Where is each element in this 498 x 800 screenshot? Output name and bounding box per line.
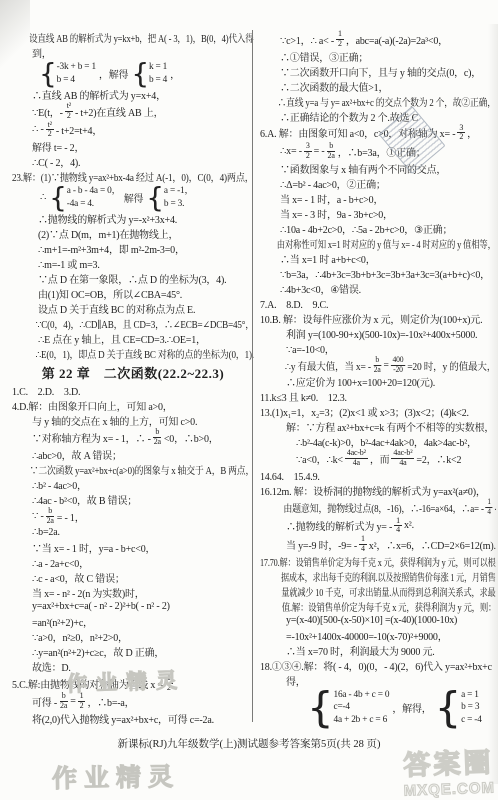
left-column: 设直线 AB 的解析式为 y=kx+b，把 A( - 3，1)，B(0，4)代入… — [12, 30, 254, 726]
text-line: =an²(n²+2)+c， — [12, 614, 254, 629]
text-line: 当 x= - 1 时，a - b+c>0， — [260, 191, 496, 206]
text-line: 当 y=-9 时，-9= - 14 x²，∴x=6，∴CD=2×6=12(m). — [260, 535, 496, 554]
text-line: =-10x²+1400x-40000=-10(x-70)²+9000， — [260, 628, 496, 643]
text-line: ∴直线 AB 的解析式为 y=x+4， — [12, 87, 254, 102]
text-line: ∴c - a<0，故 C 错误； — [12, 570, 254, 585]
brace-icon: { — [146, 186, 164, 210]
text-line: ∵a=-10<0， — [260, 341, 496, 356]
text-line: 设点 D 关于直线 BC 的对称点为点 E. — [12, 301, 254, 316]
text-line: 故选：D. — [12, 659, 254, 674]
fraction: 400-20 — [391, 356, 406, 375]
text-line: 据成本，求出每千克的利润.以及按照销售价每涨 1 元，月销售 — [260, 569, 450, 584]
fraction: b2a — [153, 428, 162, 447]
brace-group: {-3k + b = 1b = 4 — [39, 61, 96, 86]
logo-url: MXQE.COM — [403, 779, 495, 799]
brace-group: {a = -1，b = 3. — [146, 185, 193, 210]
scanned-answer-page: 设直线 AB 的解析式为 y=kx+b，把 A( - 3，1)，B(0，4)代入… — [0, 0, 498, 800]
watermark-bottom: 作业精灵 — [52, 757, 181, 795]
text-line: ∵二次函数 y=ax²+bx+c(a>0)的图象与 x 轴交于 A，B 两点， — [12, 462, 226, 477]
fraction: b2a — [46, 507, 55, 526]
text-line: ∵函数图象与 x 轴有两个不同的交点， — [260, 161, 496, 176]
text-line: ∴y 有最大值，当 x= - b2a = 400-20 =20 时，y 的值最大… — [260, 356, 485, 375]
fraction: 32 — [457, 124, 465, 143]
text-line: ∴b² - 4ac>0， — [12, 477, 254, 492]
equation-system: {16a - 4b + c = 0c=-44a + 2b + c = 6，解得，… — [260, 688, 496, 728]
fraction: b2a — [59, 692, 68, 711]
text-line: 13.(1)x₁=1，x₂=3；(2)x<1 或 x>3；(3)x<2；(4)k… — [260, 404, 496, 419]
fraction: t²2 — [65, 102, 73, 121]
text-line: 由对称性可知 x=1 时对应的 y 值与 x= - 4 时对应的 y 值相等， — [260, 236, 458, 251]
text-line: ∵a<0，∴k< 4ac-b²4a，而 4ac-b²4a =2，∴k<2 — [260, 449, 496, 468]
text-line: 10.B. 解：设每件应涨价为 x 元，则定价为(100+x)元. — [260, 311, 496, 326]
text-line: 将(2,0)代入抛物线 y=ax²+bx+c，可得 c=-2a. — [12, 711, 254, 726]
text-line: 可得 - b2a = 12，∴b=-a， — [12, 692, 254, 711]
text-line: ∴正确结论的个数为 2 个.故选 C — [260, 109, 496, 124]
fraction: 4ac-b²4a — [345, 449, 368, 468]
text-line: ∴abc>0，故 A 错误； — [12, 447, 254, 462]
fraction: 12 — [165, 674, 173, 693]
text-line: 4.D.解：由图象开口向上，可知 a>0， — [12, 398, 254, 413]
text-line: 6.A. 解：由图象可知 a<0，c>0，对称轴为 x= - 32， — [260, 124, 496, 143]
column-divider — [252, 30, 253, 722]
text-line: 14.64. 15.4.9. — [260, 468, 496, 483]
text-line: 当 x= - 3 时，9a - 3b+c>0， — [260, 206, 496, 221]
text-line: ∵ - b2a = - 1， — [12, 507, 254, 526]
text-line: ∴4b+3c<0，④错误. — [260, 281, 496, 296]
text-line: 量就减少 10 千克，可求出销量.从而得到总利润关系式，求最 — [260, 584, 453, 599]
brace-icon: { — [49, 186, 67, 210]
fraction: 12 — [78, 692, 86, 711]
brace-icon: { — [131, 62, 149, 86]
brace-icon: { — [307, 690, 334, 726]
text-line: ∴x= - 32 = - b2a，∴b=3a，①正确； — [260, 142, 496, 161]
equation-system: {-3k + b = 1b = 4，解得{k = 1b = 4， — [12, 60, 254, 87]
text-line: ∴E(0，1)，即点 D 关于直线 BC 对称的点的坐标为(0，1). — [12, 346, 231, 361]
section-heading: 第 22 章 二次函数(22.2~22.3) — [12, 361, 254, 383]
brace-group: {k = 1b = 4 — [131, 61, 167, 86]
fraction: 14 — [359, 535, 367, 554]
text-line: ∴二次函数的最大值>1， — [260, 79, 496, 94]
text-line: ∵点 D 在第一象限，∴点 D 的坐标为(3，4). — [12, 271, 254, 286]
text-line: 16.12m. 解：设桥洞的抛物线的解析式为 y=ax²(a≠0)， — [260, 483, 496, 498]
text-line: 7.A. 8.D. 9.C. — [260, 296, 496, 311]
fraction: 12 — [336, 30, 344, 49]
text-line: 解：∵方程 ax²+bx+c=k 有两个不相等的实数根， — [260, 419, 496, 434]
text-line: (2)∵点 D(m，m+1)在抛物线上， — [12, 226, 254, 241]
text-line: 解得 t= - 2， — [12, 139, 254, 154]
text-line: ∴E 点在 y 轴上，且 CE=CD=3.∴OE=1， — [12, 331, 254, 346]
text-line: ∴抛物线的解析式为 y= - 14 x². — [260, 517, 496, 536]
brace-group: {a - b - 4a = 0，-4a = 4. — [49, 185, 121, 210]
brace-group: {16a - 4b + c = 0c=-44a + 2b + c = 6 — [307, 689, 389, 727]
text-line: ∵C(0，4)，∴CD∥AB，且 CD=3，∴∠ECB=∠DCB=45°， — [12, 316, 232, 331]
text-line: ∴①错误，③正确； — [260, 49, 496, 64]
text-line: 由(1)知 OC=OB，所以∠CBA=45°. — [12, 286, 254, 301]
text-line: ∴直线 y=a 与 y= ax²+bx+c 的交点个数为 2 个，故②正确， — [260, 94, 467, 109]
text-line: 5.C.解:由抛物线的对称轴为直线 x = 12， — [12, 674, 254, 693]
text-line: ∴m+1=-m²+3m+4，即 m²-2m-3=0， — [12, 241, 254, 256]
text-line: ∴当 x=1 时 a+b+c<0， — [260, 251, 496, 266]
text-line: y=(x-40)[500-(x-50)×10] =(x-40)(1000-10x… — [260, 614, 496, 628]
text-line: ∵当 x= - 1 时，y=a - b+c<0， — [12, 540, 254, 555]
text-line: ∴b²-4a(c-k)>0，b²-4ac+4ak>0，4ak>4ac-b²， — [260, 434, 496, 449]
text-line: ∴a - 2a+c<0， — [12, 555, 254, 570]
fraction: 4ac-b²4a — [391, 449, 414, 468]
text-line: 值.解：设销售单价定为每千克 x 元，获得利润为 y 元，则： — [260, 599, 458, 614]
fraction: 32 — [304, 142, 312, 161]
text-line: ∴b=2a. — [12, 525, 254, 539]
text-line: y=ax²+bx+c=a( - n² - 2)²+b( - n² - 2) — [12, 600, 254, 614]
text-line: ∵a>0，n²≥0，n²+2>0， — [12, 629, 254, 644]
text-line: ∴ - t²2 - t+2=t+4， — [12, 121, 254, 140]
brace-group: {a = 1b = 3c = -4 — [435, 689, 482, 727]
text-line: 17.70.解：设销售单价定为每千克 x 元，获得利润为 y 元，则可以根 — [260, 554, 453, 569]
text-line: 23.解：(1)∵抛物线 y=ax²+bx-4a 经过 A(-1，0)，C(0，… — [12, 169, 233, 184]
brace-icon: { — [39, 62, 57, 86]
fraction: 14 — [394, 517, 402, 536]
text-line: 利润 y=(100-90+x)(500-10x)=-10x²+400x+5000… — [260, 326, 496, 341]
equation-system: ∴{a - b - 4a = 0，-4a = 4.解得{a = -1，b = 3… — [12, 184, 254, 211]
text-line: 与 y 轴的交点在 x 轴的上方，可知 c>0. — [12, 413, 254, 428]
text-line: ∴C( - 2，4). — [12, 154, 254, 169]
text-line: ∵b=3a，∴4b+3c=3b+b+3c=3b+3a+3c=3(a+b+c)<0… — [260, 266, 496, 281]
text-line: ∵二次函数开口向下，且与 y 轴的交点(0，c)， — [260, 64, 496, 79]
text-line: 11.k≤3 且 k≠0. 12.3. — [260, 389, 496, 404]
text-line: ∵c>1，∴ a< - 12，abc=a(-a)(-2a)=2a³<0， — [260, 30, 496, 49]
text-line: ∵对称轴方程为 x= - 1，∴ - b2a <0，∴b>0， — [12, 428, 254, 447]
text-line: 18.①③④.解：将( - 4，0)(0，- 4)(2，6)代入 y=ax²+b… — [260, 658, 496, 673]
text-line: ∴y=an²(n²+2)+c≥c，故 D 正确， — [12, 644, 254, 659]
brace-icon: { — [435, 690, 462, 726]
text-line: ∴m=-1 或 m=3. — [12, 256, 254, 271]
text-line: ∴Δ=b² - 4ac>0，②正确； — [260, 176, 496, 191]
text-line: ∵E(t，- t²2 - t+2)在直线 AB 上， — [12, 102, 254, 121]
fraction: t²2 — [46, 121, 54, 140]
page-footer: 新课标(RJ)九年级数学(上)测试题参考答案第5页(共 28 页) — [0, 736, 498, 751]
fraction: b2a — [373, 356, 382, 375]
text-line: 1.C. 2.D. 3.D. — [12, 383, 254, 398]
text-line: ∴4ac - b²<0，故 B 错误； — [12, 492, 254, 507]
text-line: 当 x= - n² - 2(n 为实数)时， — [12, 585, 254, 600]
text-line: 由题意知，抛物线过点(8，-16)，∴-16=a×64，∴a= - 14. — [260, 498, 472, 517]
text-line: ∴应定价为 100+x=100+20=120(元). — [260, 374, 496, 389]
text-line: ∴10a - 4b+2c>0，∴5a - 2b+c>0，③正确； — [260, 221, 496, 236]
fraction: b2a — [327, 142, 336, 161]
text-line: 设直线 AB 的解析式为 y=kx+b，把 A( - 3，1)，B(0，4)代入… — [12, 30, 219, 45]
text-line: ∴抛物线的解析式为 y=-x²+3x+4. — [12, 211, 254, 226]
text-line: ∴当 x=70 时，利润最大为 9000 元. — [260, 643, 496, 658]
fraction: 14 — [486, 498, 493, 517]
